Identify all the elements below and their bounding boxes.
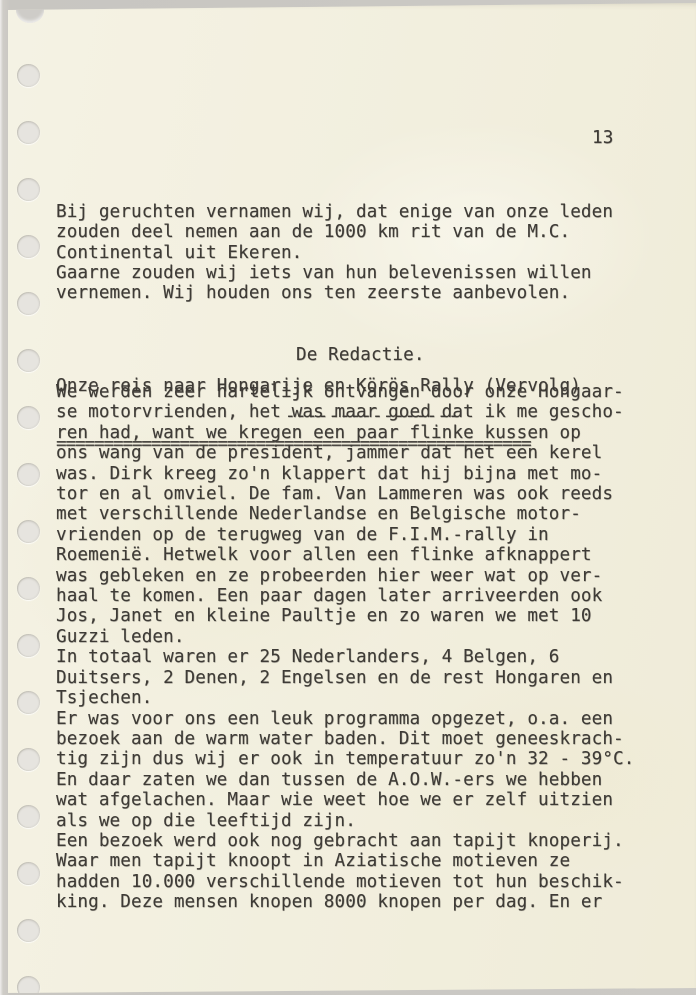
text-line: ons wang van de president, jammer dat he… bbox=[56, 443, 634, 463]
text-line: Tsjechen. bbox=[56, 688, 634, 708]
punch-hole bbox=[17, 577, 40, 600]
text-line: se motorvrienden, het was maar goed dat … bbox=[56, 402, 634, 422]
punch-hole bbox=[17, 178, 40, 201]
intro-lines: Bij geruchten vernamen wij, dat enige va… bbox=[56, 202, 613, 304]
page-number: 13 bbox=[592, 128, 613, 148]
punch-hole bbox=[17, 919, 40, 942]
text-line: Waar men tapijt knoopt in Aziatische mot… bbox=[56, 851, 634, 871]
punch-hole bbox=[17, 235, 40, 258]
text-line: Een bezoek werd ook nog gebracht aan tap… bbox=[56, 831, 634, 851]
punch-hole bbox=[17, 406, 40, 429]
text-line: bezoek aan de warm water baden. Dit moet… bbox=[56, 729, 634, 749]
punch-hole bbox=[17, 292, 40, 315]
text-line: tig zijn dus wij er ook in temperatuur z… bbox=[56, 749, 634, 769]
torn-punch-notch-icon bbox=[16, 0, 44, 23]
text-line: Bij geruchten vernamen wij, dat enige va… bbox=[56, 202, 613, 222]
text-line: In totaal waren er 25 Nederlanders, 4 Be… bbox=[56, 647, 634, 667]
text-line: Guzzi leden. bbox=[56, 627, 634, 647]
text-line: ren had, want we kregen een paar flinke … bbox=[56, 423, 634, 443]
text-line: Er was voor ons een leuk programma opgez… bbox=[56, 709, 634, 729]
text-line: tor en al omviel. De fam. Van Lammeren w… bbox=[56, 484, 634, 504]
scanned-page: 13 Bij geruchten vernamen wij, dat enige… bbox=[0, 0, 696, 995]
punch-hole bbox=[17, 349, 40, 372]
punch-hole bbox=[17, 691, 40, 714]
text-line: Roemenië. Hetwelk voor allen een flinke … bbox=[56, 545, 634, 565]
text-line: king. Deze mensen knopen 8000 knopen per… bbox=[56, 892, 634, 912]
punch-hole bbox=[17, 805, 40, 828]
punch-hole bbox=[17, 634, 40, 657]
text-line: zouden deel nemen aan de 1000 km rit van… bbox=[56, 222, 613, 242]
paper-sheet: 13 Bij geruchten vernamen wij, dat enige… bbox=[0, 0, 696, 995]
text-line: Jos, Janet en kleine Paultje en zo waren… bbox=[56, 606, 634, 626]
text-line: haal te komen. Een paar dagen later arri… bbox=[56, 586, 634, 606]
punch-hole bbox=[17, 748, 40, 771]
punch-hole bbox=[17, 862, 40, 885]
punch-hole bbox=[17, 64, 40, 87]
punch-hole bbox=[17, 463, 40, 486]
text-line: met verschillende Nederlandse en Belgisc… bbox=[56, 504, 634, 524]
text-line: Duitsers, 2 Denen, 2 Engelsen en de rest… bbox=[56, 668, 634, 688]
punch-hole bbox=[17, 520, 40, 543]
article-body: We werden zeer hartelijk ontvangen door … bbox=[56, 382, 634, 913]
text-line: was gebleken en ze probeerden hier weer … bbox=[56, 566, 634, 586]
text-line: was. Dirk kreeg zo'n klappert dat hij bi… bbox=[56, 464, 634, 484]
text-line: wat afgelachen. Maar wie weet hoe we er … bbox=[56, 790, 634, 810]
text-line: als we op die leeftijd zijn. bbox=[56, 811, 634, 831]
text-line: Gaarne zouden wij iets van hun belevenis… bbox=[56, 263, 613, 283]
text-line: vrienden op de terugweg van de F.I.M.-ra… bbox=[56, 525, 634, 545]
punch-hole bbox=[17, 976, 40, 995]
text-line: Continental uit Ekeren. bbox=[56, 243, 613, 263]
text-line: hadden 10.000 verschillende motieven tot… bbox=[56, 872, 634, 892]
punch-hole bbox=[17, 121, 40, 144]
text-line: vernemen. Wij houden ons ten zeerste aan… bbox=[56, 283, 613, 303]
text-line: En daar zaten we dan tussen de A.O.W.-er… bbox=[56, 770, 634, 790]
text-line: We werden zeer hartelijk ontvangen door … bbox=[56, 382, 634, 402]
